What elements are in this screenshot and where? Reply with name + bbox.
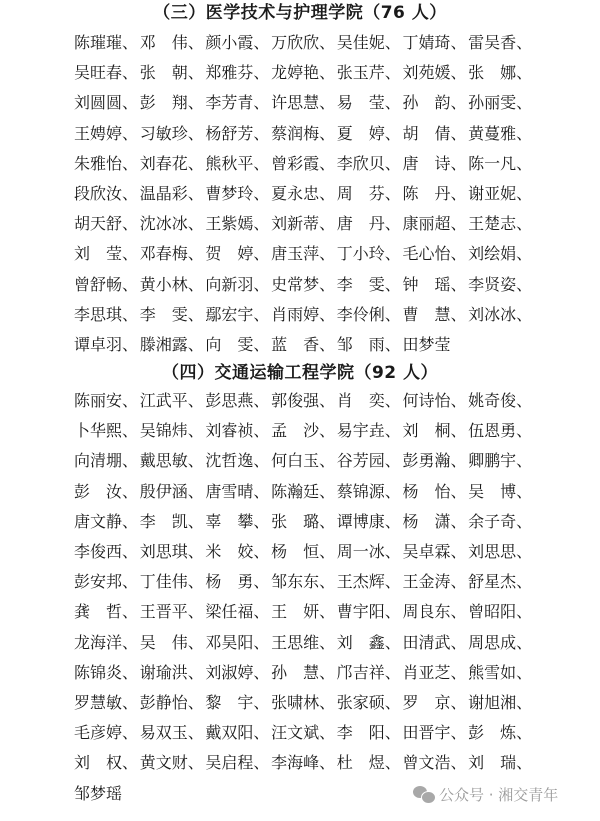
- name-row: 刘圆圆、彭 翔、李芳青、许思慧、易 莹、孙 韵、孙丽雯、: [74, 88, 534, 118]
- person-name: 谭卓羽、: [74, 330, 140, 360]
- person-name: 戴双阳、: [205, 718, 271, 748]
- person-name: 彭勇瀚、: [402, 446, 468, 476]
- person-name: 唐玉萍、: [271, 239, 337, 269]
- person-name: 戴思敏、: [140, 446, 206, 476]
- person-name: 刘绘娟、: [468, 239, 534, 269]
- person-name: 唐文静、: [74, 507, 140, 537]
- name-row: 陈锦炎、谢瑜洪、刘淑婷、孙 慧、邝吉祥、肖亚芝、熊雪如、: [74, 658, 534, 688]
- person-name: 彭 汝、: [74, 477, 140, 507]
- name-row: 谭卓羽、滕湘露、向 雯、蓝 香、邹 雨、田梦莹: [74, 330, 534, 360]
- person-name: 王 妍、: [271, 597, 337, 627]
- person-name: 曾昭阳、: [468, 597, 534, 627]
- person-name: 邓 伟、: [140, 28, 206, 58]
- person-name: 肖雨婷、: [271, 300, 337, 330]
- person-name: 米 姣、: [205, 537, 271, 567]
- person-name: 吴锦炜、: [140, 416, 206, 446]
- person-name: 肖亚芝、: [402, 658, 468, 688]
- person-name: 颜小霞、: [205, 28, 271, 58]
- person-name: 彭静怡、: [140, 688, 206, 718]
- name-row: 龙海洋、吴 伟、邓昊阳、王思维、刘 鑫、田清武、周思成、: [74, 628, 534, 658]
- person-name: 唐 诗、: [402, 149, 468, 179]
- name-row: 陈璀璀、邓 伟、颜小霞、万欣欣、吴佳妮、丁婧琦、雷吴香、: [74, 28, 534, 58]
- person-name: 杨 勇、: [205, 567, 271, 597]
- name-list: 陈璀璀、邓 伟、颜小霞、万欣欣、吴佳妮、丁婧琦、雷吴香、吴旺春、张 朝、郑雅芬、…: [74, 28, 534, 360]
- wechat-icon: [413, 786, 435, 804]
- person-name: 孙丽雯、: [468, 88, 534, 118]
- person-name: 郭俊强、: [271, 386, 337, 416]
- name-list: 陈丽安、江武平、彭思燕、郭俊强、肖 奕、何诗怡、姚奇俊、卜华熙、吴锦炜、刘睿祯、…: [74, 386, 534, 809]
- person-name: 龙海洋、: [74, 628, 140, 658]
- person-name: 彭思燕、: [205, 386, 271, 416]
- name-row: 唐文静、李 凯、辜 攀、张 璐、谭博康、杨 潇、余子奇、: [74, 507, 534, 537]
- person-name: 辜 攀、: [205, 507, 271, 537]
- person-name: 沈冰冰、: [140, 209, 206, 239]
- person-name: 吴启程、: [205, 748, 271, 778]
- person-name: 谢旭湘、: [468, 688, 534, 718]
- person-name: 易 莹、: [337, 88, 403, 118]
- person-name: 杨 怡、: [402, 477, 468, 507]
- person-name: 丁小玲、: [337, 239, 403, 269]
- person-name: 卿鹏宇、: [468, 446, 534, 476]
- person-name: 黄小林、: [140, 270, 206, 300]
- name-row: 龚 哲、王晋平、梁任福、王 妍、曹宇阳、周良东、曾昭阳、: [74, 597, 534, 627]
- person-name: 张 娜、: [468, 58, 534, 88]
- person-name: 江武平、: [140, 386, 206, 416]
- person-name: 贺 婷、: [205, 239, 271, 269]
- person-name: 罗 京、: [402, 688, 468, 718]
- section-title: （四）交通运输工程学院（92 人）: [0, 360, 600, 386]
- person-name: 夏 婷、: [337, 119, 403, 149]
- person-name: 田清武、: [402, 628, 468, 658]
- person-name: 殷伊涵、: [140, 477, 206, 507]
- person-name: 吴旺春、: [74, 58, 140, 88]
- person-name: 刘淑婷、: [205, 658, 271, 688]
- person-name: 蔡锦源、: [337, 477, 403, 507]
- person-name: 伍恩勇、: [468, 416, 534, 446]
- person-name: 张 朝、: [140, 58, 206, 88]
- person-name: 李 雯、: [337, 270, 403, 300]
- person-name: 刘 瑞、: [468, 748, 534, 778]
- person-name: 彭 炼、: [468, 718, 534, 748]
- name-row: 朱雅怡、刘春花、熊秋平、曾彩霞、李欣贝、唐 诗、陈一凡、: [74, 149, 534, 179]
- watermark-text: 公众号 · 湘交青年: [439, 784, 558, 805]
- person-name: 舒星杰、: [468, 567, 534, 597]
- section-medical-nursing: （三）医学技术与护理学院（76 人） 陈璀璀、邓 伟、颜小霞、万欣欣、吴佳妮、丁…: [0, 0, 600, 360]
- person-name: 张玉芹、: [337, 58, 403, 88]
- person-name: 彭 翔、: [140, 88, 206, 118]
- person-name: 吴 伟、: [140, 628, 206, 658]
- person-name: 汪文斌、: [271, 718, 337, 748]
- section-title: （三）医学技术与护理学院（76 人）: [0, 0, 600, 26]
- person-name: 史常梦、: [271, 270, 337, 300]
- person-name: 许思慧、: [271, 88, 337, 118]
- person-name: 毛彦婷、: [74, 718, 140, 748]
- person-name: 蓝 香、: [271, 330, 337, 360]
- person-name: 唐 丹、: [337, 209, 403, 239]
- person-name: 谷芳园、: [337, 446, 403, 476]
- person-name: 李欣贝、: [337, 149, 403, 179]
- person-name: 钟 瑶、: [402, 270, 468, 300]
- person-name: 谢亚妮、: [468, 179, 534, 209]
- person-name: 邓春梅、: [140, 239, 206, 269]
- person-name: 向 雯、: [205, 330, 271, 360]
- person-name: 姚奇俊、: [468, 386, 534, 416]
- person-name: 刘 鑫、: [337, 628, 403, 658]
- person-name: 陈 丹、: [402, 179, 468, 209]
- person-name: 王金涛、: [402, 567, 468, 597]
- person-name: 余子奇、: [468, 507, 534, 537]
- person-name: 向清堋、: [74, 446, 140, 476]
- person-name: 郑雅芬、: [205, 58, 271, 88]
- person-name: 易双玉、: [140, 718, 206, 748]
- person-name: 李 阳、: [337, 718, 403, 748]
- person-name: 雷吴香、: [468, 28, 534, 58]
- person-name: 李 凯、: [140, 507, 206, 537]
- person-name: 王娉婷、: [74, 119, 140, 149]
- person-name: 陈锦炎、: [74, 658, 140, 688]
- person-name: 陈丽安、: [74, 386, 140, 416]
- person-name: 王晋平、: [140, 597, 206, 627]
- person-name: 滕湘露、: [140, 330, 206, 360]
- person-name: 张啸林、: [271, 688, 337, 718]
- person-name: 夏永忠、: [271, 179, 337, 209]
- person-name: 熊雪如、: [468, 658, 534, 688]
- person-name: 孟 沙、: [271, 416, 337, 446]
- person-name: 孙 韵、: [402, 88, 468, 118]
- person-name: 王思维、: [271, 628, 337, 658]
- name-row: 陈丽安、江武平、彭思燕、郭俊强、肖 奕、何诗怡、姚奇俊、: [74, 386, 534, 416]
- person-name: 龚 哲、: [74, 597, 140, 627]
- person-name: 易宇垚、: [337, 416, 403, 446]
- person-name: 肖 奕、: [337, 386, 403, 416]
- watermark: 公众号 · 湘交青年: [413, 784, 558, 805]
- name-row: 刘 莹、邓春梅、贺 婷、唐玉萍、丁小玲、毛心怡、刘绘娟、: [74, 239, 534, 269]
- person-name: 曾文浩、: [402, 748, 468, 778]
- person-name: 田晋宇、: [402, 718, 468, 748]
- person-name: 龙婷艳、: [271, 58, 337, 88]
- person-name: 罗慧敏、: [74, 688, 140, 718]
- person-name: 梁任福、: [205, 597, 271, 627]
- person-name: 吴佳妮、: [337, 28, 403, 58]
- person-name: 吴卓霖、: [402, 537, 468, 567]
- name-row: 罗慧敏、彭静怡、黎 宇、张啸林、张家硕、罗 京、谢旭湘、: [74, 688, 534, 718]
- name-row: 卜华熙、吴锦炜、刘睿祯、孟 沙、易宇垚、刘 桐、伍恩勇、: [74, 416, 534, 446]
- person-name: 陈一凡、: [468, 149, 534, 179]
- person-name: 黎 宇、: [205, 688, 271, 718]
- name-row: 王娉婷、习敏珍、杨舒芳、蔡润梅、夏 婷、胡 倩、黄蔓雅、: [74, 119, 534, 149]
- person-name: 李芳青、: [205, 88, 271, 118]
- person-name: 刘苑媛、: [402, 58, 468, 88]
- person-name: 刘冰冰、: [468, 300, 534, 330]
- person-name: 杜 煜、: [337, 748, 403, 778]
- document-page: （三）医学技术与护理学院（76 人） 陈璀璀、邓 伟、颜小霞、万欣欣、吴佳妮、丁…: [0, 0, 600, 821]
- person-name: 万欣欣、: [271, 28, 337, 58]
- person-name: 卜华熙、: [74, 416, 140, 446]
- person-name: 曹宇阳、: [337, 597, 403, 627]
- person-name: 胡 倩、: [402, 119, 468, 149]
- person-name: 毛心怡、: [402, 239, 468, 269]
- person-name: 向新羽、: [205, 270, 271, 300]
- person-name: 何白玉、: [271, 446, 337, 476]
- person-name: 周良东、: [402, 597, 468, 627]
- person-name: 胡天舒、: [74, 209, 140, 239]
- person-name: 刘新蒂、: [271, 209, 337, 239]
- name-row: 彭 汝、殷伊涵、唐雪晴、陈瀚廷、蔡锦源、杨 怡、吴 博、: [74, 477, 534, 507]
- name-row: 李思琪、李 雯、鄢宏宇、肖雨婷、李伶俐、曹 慧、刘冰冰、: [74, 300, 534, 330]
- person-name: 田梦莹: [402, 330, 468, 360]
- person-name: 李思琪、: [74, 300, 140, 330]
- person-name: 曾彩霞、: [271, 149, 337, 179]
- section-transport-engineering: （四）交通运输工程学院（92 人） 陈丽安、江武平、彭思燕、郭俊强、肖 奕、何诗…: [0, 360, 600, 809]
- person-name: 邝吉祥、: [337, 658, 403, 688]
- person-name: 李 雯、: [140, 300, 206, 330]
- person-name: 丁婧琦、: [402, 28, 468, 58]
- person-name: 张家硕、: [337, 688, 403, 718]
- person-name: 彭安邦、: [74, 567, 140, 597]
- person-name: 李海峰、: [271, 748, 337, 778]
- person-name: 刘 莹、: [74, 239, 140, 269]
- name-row: 刘 权、黄文财、吴启程、李海峰、杜 煜、曾文浩、刘 瑞、: [74, 748, 534, 778]
- person-name: 邓昊阳、: [205, 628, 271, 658]
- person-name: 李俊西、: [74, 537, 140, 567]
- person-name: 丁佳伟、: [140, 567, 206, 597]
- person-name: 蔡润梅、: [271, 119, 337, 149]
- person-name: 刘思琪、: [140, 537, 206, 567]
- person-name: 李贤姿、: [468, 270, 534, 300]
- person-name: 刘圆圆、: [74, 88, 140, 118]
- name-row: 吴旺春、张 朝、郑雅芬、龙婷艳、张玉芹、刘苑媛、张 娜、: [74, 58, 534, 88]
- person-name: 陈璀璀、: [74, 28, 140, 58]
- name-row: 胡天舒、沈冰冰、王紫嫣、刘新蒂、唐 丹、康丽超、王楚志、: [74, 209, 534, 239]
- person-name: 曹梦玲、: [205, 179, 271, 209]
- person-name: 熊秋平、: [205, 149, 271, 179]
- person-name: 王楚志、: [468, 209, 534, 239]
- person-name: 周思成、: [468, 628, 534, 658]
- person-name: 刘 桐、: [402, 416, 468, 446]
- person-name: 谭博康、: [337, 507, 403, 537]
- person-name: 何诗怡、: [402, 386, 468, 416]
- name-row: 彭安邦、丁佳伟、杨 勇、邹东东、王杰辉、王金涛、舒星杰、: [74, 567, 534, 597]
- person-name: 段欣汝、: [74, 179, 140, 209]
- person-name: 唐雪晴、: [205, 477, 271, 507]
- person-name: 陈瀚廷、: [271, 477, 337, 507]
- person-name: 黄文财、: [140, 748, 206, 778]
- name-row: 毛彦婷、易双玉、戴双阳、汪文斌、李 阳、田晋宇、彭 炼、: [74, 718, 534, 748]
- name-row: 李俊西、刘思琪、米 姣、杨 恒、周一冰、吴卓霖、刘思思、: [74, 537, 534, 567]
- person-name: 孙 慧、: [271, 658, 337, 688]
- person-name: 黄蔓雅、: [468, 119, 534, 149]
- person-name: 王紫嫣、: [205, 209, 271, 239]
- person-name: 温晶彩、: [140, 179, 206, 209]
- person-name: 周一冰、: [337, 537, 403, 567]
- person-name: 沈哲逸、: [205, 446, 271, 476]
- name-row: 向清堋、戴思敏、沈哲逸、何白玉、谷芳园、彭勇瀚、卿鹏宇、: [74, 446, 534, 476]
- person-name: 杨 潇、: [402, 507, 468, 537]
- person-name: 刘睿祯、: [205, 416, 271, 446]
- person-name: 周 芬、: [337, 179, 403, 209]
- person-name: 朱雅怡、: [74, 149, 140, 179]
- person-name: 邹梦瑶: [74, 779, 140, 809]
- person-name: 曾舒畅、: [74, 270, 140, 300]
- person-name: 曹 慧、: [402, 300, 468, 330]
- person-name: 王杰辉、: [337, 567, 403, 597]
- person-name: 鄢宏宇、: [205, 300, 271, 330]
- person-name: 杨 恒、: [271, 537, 337, 567]
- person-name: 习敏珍、: [140, 119, 206, 149]
- person-name: 刘思思、: [468, 537, 534, 567]
- person-name: 康丽超、: [402, 209, 468, 239]
- person-name: 邹东东、: [271, 567, 337, 597]
- person-name: 张 璐、: [271, 507, 337, 537]
- name-row: 曾舒畅、黄小林、向新羽、史常梦、李 雯、钟 瑶、李贤姿、: [74, 270, 534, 300]
- person-name: 吴 博、: [468, 477, 534, 507]
- person-name: 杨舒芳、: [205, 119, 271, 149]
- person-name: 邹 雨、: [337, 330, 403, 360]
- person-name: 谢瑜洪、: [140, 658, 206, 688]
- name-row: 段欣汝、温晶彩、曹梦玲、夏永忠、周 芬、陈 丹、谢亚妮、: [74, 179, 534, 209]
- person-name: 刘春花、: [140, 149, 206, 179]
- person-name: 李伶俐、: [337, 300, 403, 330]
- person-name: 刘 权、: [74, 748, 140, 778]
